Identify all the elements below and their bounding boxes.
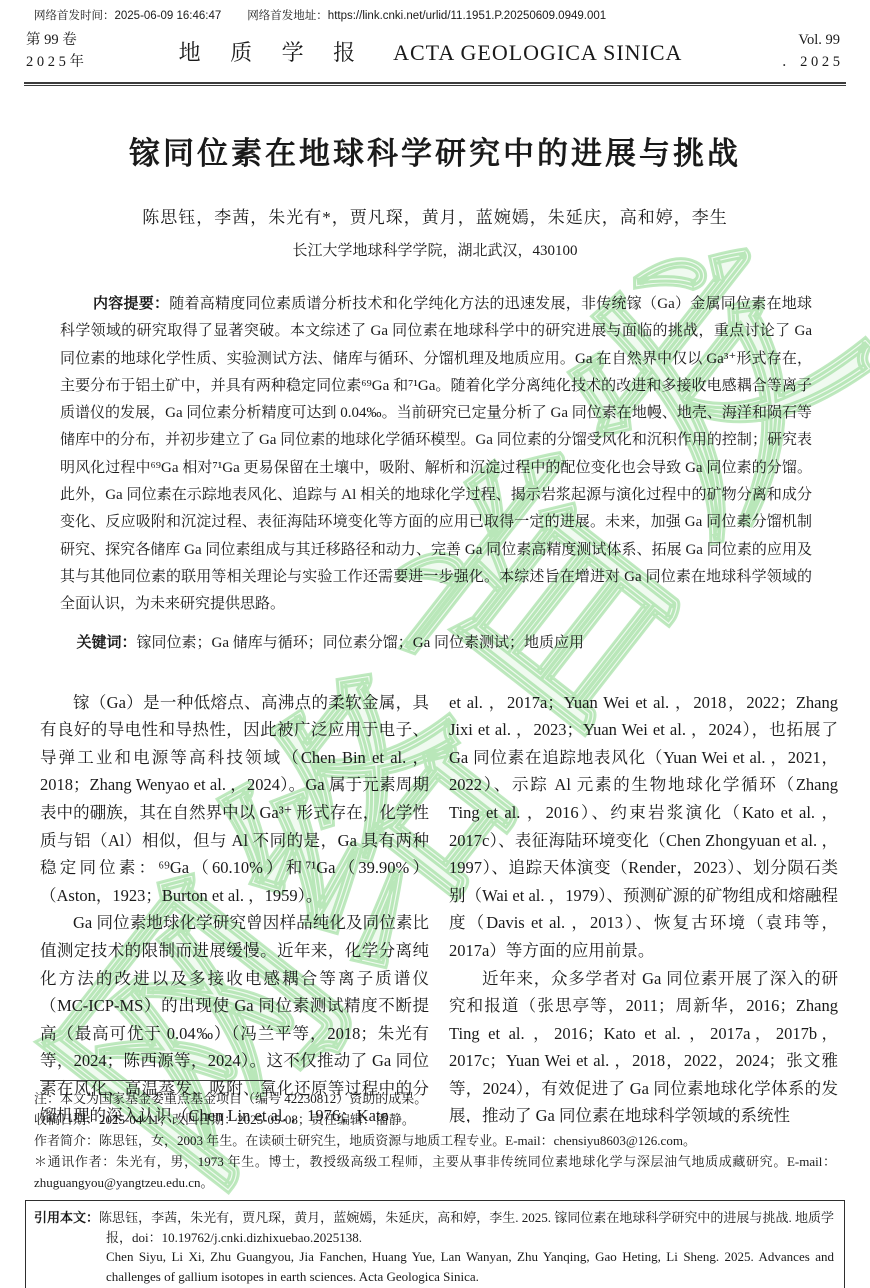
journal-title-en: ACTA GEOLOGICA SINICA bbox=[393, 40, 682, 65]
body-two-columns: 镓（Ga）是一种低熔点、高沸点的柔软金属，具有良好的导电性和导热性，因此被广泛应… bbox=[40, 689, 838, 1123]
keywords-line: 关键词：镓同位素；Ga 储库与循环；同位素分馏；Ga 同位素测试；地质应用 bbox=[60, 629, 812, 657]
footnote-corresponding-author: ＊通讯作者：朱光有，男，1973 年生。博士，教授级高级工程师，主要从事非传统同… bbox=[34, 1151, 836, 1193]
masthead-volume-cn: 第 99 卷 2 0 2 5 年 bbox=[26, 29, 121, 73]
page-footer: 注：本文为国家基金委重点基金项目（编号 42230812）资助的成果。 收稿日期… bbox=[0, 1080, 870, 1288]
author-affiliation: 长江大学地球科学学院，湖北武汉，430100 bbox=[0, 239, 870, 260]
prepub-address-label: 网络首发地址： bbox=[247, 10, 328, 22]
keywords-text: 镓同位素；Ga 储库与循环；同位素分馏；Ga 同位素测试；地质应用 bbox=[137, 635, 584, 651]
year-cn: 2 0 2 5 年 bbox=[26, 51, 121, 73]
citation-box: 引用本文：陈思钰，李茜，朱光有，贾凡琛，黄月，蓝婉嫣，朱延庆，高和婷，李生. 2… bbox=[25, 1200, 845, 1288]
prepub-time: 网络首发时间：2025-06-09 16:46:47 bbox=[34, 7, 221, 23]
abstract-label: 内容提要： bbox=[93, 295, 169, 312]
journal-masthead: 第 99 卷 2 0 2 5 年 地 质 学 报ACTA GEOLOGICA S… bbox=[0, 23, 870, 79]
body-right-column: et al. ，2017a；Yuan Wei et al. ，2018，2022… bbox=[449, 689, 838, 1123]
prepub-address: 网络首发地址：https://link.cnki.net/urlid/11.19… bbox=[247, 7, 606, 23]
prepub-time-value: 2025-06-09 16:46:47 bbox=[115, 10, 222, 22]
journal-title-cn: 地 质 学 报 bbox=[179, 40, 368, 65]
abstract-paragraph: 内容提要：随着高精度同位素质谱分析技术和化学纯化方法的迅速发展，非传统镓（Ga）… bbox=[60, 290, 812, 619]
citation-chinese: 引用本文：陈思钰，李茜，朱光有，贾凡琛，黄月，蓝婉嫣，朱延庆，高和婷，李生. 2… bbox=[34, 1208, 834, 1247]
footnotes-block: 注：本文为国家基金委重点基金项目（编号 42230812）资助的成果。 收稿日期… bbox=[34, 1088, 836, 1193]
citation-english: Chen Siyu, Li Xi, Zhu Guangyou, Jia Fanc… bbox=[106, 1247, 834, 1286]
prepublication-info-line: 网络首发时间：2025-06-09 16:46:47 网络首发地址：https:… bbox=[0, 0, 870, 23]
abstract-text: 随着高精度同位素质谱分析技术和化学纯化方法的迅速发展，非传统镓（Ga）金属同位素… bbox=[60, 296, 812, 612]
paper-page: 网络首发 网络首发时间：2025-06-09 16:46:47 网络首发地址：h… bbox=[0, 0, 870, 1288]
page-content: 网络首发时间：2025-06-09 16:46:47 网络首发地址：https:… bbox=[0, 0, 870, 1123]
citation-chinese-text: 陈思钰，李茜，朱光有，贾凡琛，黄月，蓝婉嫣，朱延庆，高和婷，李生. 2025. … bbox=[99, 1210, 834, 1245]
footnote-author-bio: 作者简介：陈思钰，女，2003 年生。在读硕士研究生，地质资源与地质工程专业。E… bbox=[34, 1130, 836, 1151]
prepub-time-label: 网络首发时间： bbox=[34, 10, 115, 22]
year-en: ． 2 0 2 5 bbox=[740, 51, 840, 73]
journal-title: 地 质 学 报ACTA GEOLOGICA SINICA bbox=[121, 36, 740, 67]
footnote-funding: 注：本文为国家基金委重点基金项目（编号 42230812）资助的成果。 bbox=[34, 1088, 836, 1109]
footnote-separator-rule bbox=[40, 1080, 272, 1081]
volume-en: Vol. 99 bbox=[740, 29, 840, 51]
body-left-column: 镓（Ga）是一种低熔点、高沸点的柔软金属，具有良好的导电性和导热性，因此被广泛应… bbox=[40, 689, 429, 1123]
citation-label: 引用本文： bbox=[34, 1210, 99, 1225]
article-title: 镓同位素在地球科学研究中的进展与挑战 bbox=[0, 128, 870, 173]
footnote-dates-editor: 收稿日期：2025-04-11；改回日期：2025-05-08；责任编辑：潘静。 bbox=[34, 1109, 836, 1130]
author-list: 陈思钰，李茜，朱光有*，贾凡琛，黄月，蓝婉嫣，朱延庆，高和婷，李生 bbox=[0, 203, 870, 228]
body-paragraph: 镓（Ga）是一种低熔点、高沸点的柔软金属，具有良好的导电性和导热性，因此被广泛应… bbox=[40, 689, 429, 910]
masthead-double-rule bbox=[24, 82, 846, 86]
body-paragraph-continued: et al. ，2017a；Yuan Wei et al. ，2018，2022… bbox=[449, 689, 838, 965]
keywords-label: 关键词： bbox=[77, 634, 137, 651]
volume-cn: 第 99 卷 bbox=[26, 29, 121, 51]
prepub-address-url: https://link.cnki.net/urlid/11.1951.P.20… bbox=[328, 10, 606, 22]
masthead-volume-en: Vol. 99 ． 2 0 2 5 bbox=[740, 29, 840, 73]
